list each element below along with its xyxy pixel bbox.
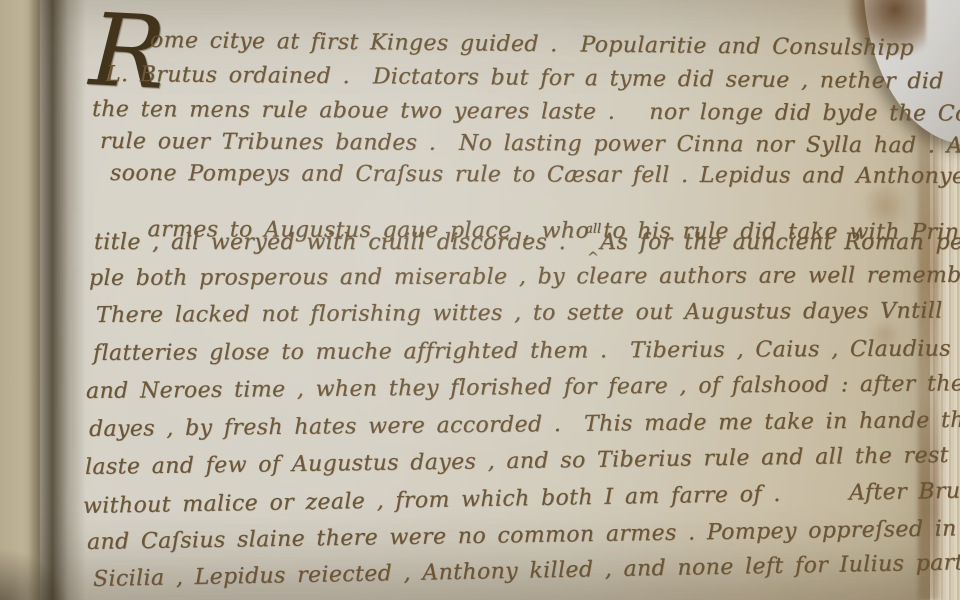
manuscript-line: ome citye at first Kinges guided . Popul…	[150, 30, 914, 60]
manuscript-line: and Neroes time , when they florished fo…	[86, 373, 960, 403]
manuscript-line: without malice or zeale , from which bot…	[83, 480, 960, 518]
manuscript-line: and Caſsius slaine there were no common …	[87, 518, 957, 554]
manuscript-line: rule ouer Tribunes bandes . No lasting p…	[100, 131, 960, 158]
manuscript-photo: R ome citye at first Kinges guided . Pop…	[0, 0, 960, 600]
manuscript-line: soone Pompeys and Craſsus rule to Cæsar …	[110, 163, 960, 188]
manuscript-line: title , all weryed with ciuill discordes…	[94, 232, 960, 254]
manuscript-line: Sicilia , Lepidus reiected , Anthony kil…	[93, 552, 960, 591]
manuscript-line: flatteries glose to muche affrighted the…	[93, 338, 960, 365]
manuscript-line: L. Brutus ordained . Dictators but for a…	[106, 64, 944, 93]
manuscript-line: ple both prosperous and miserable , by c…	[89, 265, 960, 290]
manuscript-line: dayes , by fresh hates were accorded . T…	[89, 410, 960, 441]
manuscript-line: the ten mens rule aboue two yeares laste…	[92, 99, 960, 126]
manuscript-line: laste and few of Augustus dayes , and so…	[85, 445, 960, 479]
manuscript-line: There lacked not florishing wittes , to …	[96, 301, 943, 327]
gutter-shadow	[28, 0, 86, 600]
bottom-left-shadow	[0, 548, 70, 600]
